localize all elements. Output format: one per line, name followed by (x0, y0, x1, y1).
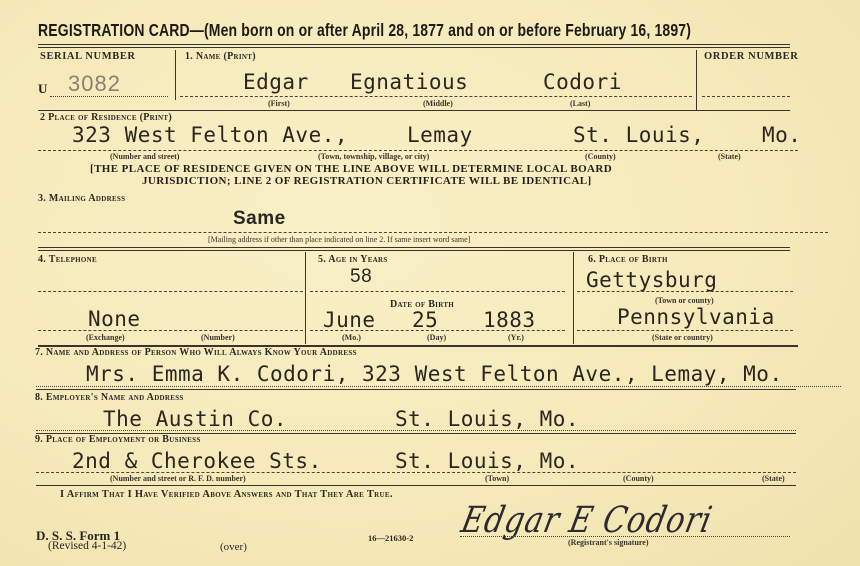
age-value: 58 (350, 266, 372, 288)
residence-notice-line2: JURISDICTION; LINE 2 OF REGISTRATION CER… (142, 175, 592, 187)
serial-line (50, 96, 168, 97)
mailing-value: Same (233, 208, 286, 230)
residence-state-caption: (State) (718, 152, 741, 161)
row-rule (36, 485, 796, 486)
name-middle: Egnatious (350, 70, 468, 94)
employment-street-caption: (Number and street or R. F. D. number) (110, 474, 246, 483)
signature-caption: (Registrant's signature) (568, 538, 649, 547)
dob-month: June (323, 308, 376, 332)
birthplace-state: Pennsylvania (617, 305, 775, 329)
row-rule (38, 247, 790, 251)
title-rule (38, 44, 790, 48)
name-middle-caption: (Middle) (423, 99, 453, 108)
employment-line (36, 472, 796, 473)
name-last: Codori (543, 70, 622, 94)
residence-county-caption: (County) (585, 152, 616, 161)
telephone-line-2 (38, 330, 303, 331)
employer-line (36, 430, 796, 431)
print-code: 16—21630-2 (368, 533, 413, 543)
dob-year-caption: (Yr.) (508, 333, 524, 342)
birthplace-town: Gettysburg (586, 268, 717, 292)
residence-state: Mo. (762, 123, 801, 147)
registration-card: REGISTRATION CARD—(Men born on or after … (0, 0, 860, 566)
row-rule (36, 389, 796, 390)
telephone-line-1 (38, 291, 303, 292)
order-label: ORDER NUMBER (704, 51, 798, 62)
serial-label: SERIAL NUMBER (40, 51, 136, 62)
employment-street: 2nd & Cherokee Sts. (72, 449, 322, 473)
dob-line (310, 330, 565, 331)
birthplace-state-caption: (State or country) (652, 333, 713, 342)
residence-notice-line1: [THE PLACE OF RESIDENCE GIVEN ON THE LIN… (90, 163, 612, 175)
divider (305, 252, 306, 344)
contact-value: Mrs. Emma K. Codori, 323 West Felton Ave… (86, 362, 783, 386)
affirmation-text: I Affirm That I Have Verified Above Answ… (60, 489, 393, 500)
name-line (180, 96, 692, 97)
contact-label: 7. Name and Address of Person Who Will A… (35, 347, 357, 358)
dob-year: 1883 (483, 308, 536, 332)
residence-street: 323 West Felton Ave., (72, 123, 348, 147)
residence-town-caption: (Town, township, village, or city) (318, 152, 429, 161)
name-last-caption: (Last) (570, 99, 590, 108)
employer-name: The Austin Co. (103, 407, 287, 431)
birthplace-state-line (577, 330, 793, 331)
employment-county-caption: (County) (623, 474, 654, 483)
employment-label: 9. Place of Employment or Business (35, 434, 201, 445)
name-first: Edgar (243, 70, 309, 94)
employment-city: St. Louis, Mo. (395, 449, 579, 473)
residence-street-caption: (Number and street) (110, 152, 179, 161)
signature-line (460, 536, 790, 537)
dob-day-caption: (Day) (427, 333, 446, 342)
over-note: (over) (220, 541, 247, 553)
residence-county: St. Louis, (573, 123, 704, 147)
divider (696, 50, 697, 110)
contact-line (36, 386, 841, 387)
name-first-caption: (First) (268, 99, 290, 108)
residence-label: 2 Place of Residence (Print) (40, 112, 172, 123)
row-rule (38, 110, 790, 111)
birthplace-town-line (577, 291, 793, 292)
employment-state-caption: (State) (762, 474, 785, 483)
divider (175, 50, 176, 100)
dob-day: 25 (412, 308, 438, 332)
serial-value: 3082 (68, 71, 121, 97)
dob-month-caption: (Mo.) (342, 333, 361, 342)
card-title: REGISTRATION CARD—(Men born on or after … (38, 20, 691, 41)
serial-prefix: U (38, 81, 48, 97)
residence-line (38, 150, 798, 151)
mailing-label: 3. Mailing Address (38, 193, 125, 204)
order-line (702, 96, 790, 97)
telephone-label: 4. Telephone (38, 254, 97, 265)
telephone-value: None (88, 307, 141, 331)
mailing-caption: [Mailing address if other than place ind… (208, 235, 470, 244)
birthplace-town-caption: (Town or county) (655, 296, 714, 305)
age-label: 5. Age in Years (318, 254, 388, 265)
telephone-number-caption: (Number) (201, 333, 235, 342)
employer-label: 8. Employer's Name and Address (35, 392, 184, 403)
employer-city: St. Louis, Mo. (395, 407, 579, 431)
name-label: 1. Name (Print) (185, 51, 256, 62)
telephone-exchange-caption: (Exchange) (86, 333, 125, 342)
residence-town: Lemay (407, 123, 473, 147)
employment-town-caption: (Town) (485, 474, 509, 483)
birthplace-label: 6. Place of Birth (588, 254, 668, 265)
mailing-line (38, 232, 828, 233)
divider (573, 252, 574, 344)
age-line (310, 291, 565, 292)
form-revised: (Revised 4-1-42) (48, 540, 126, 552)
